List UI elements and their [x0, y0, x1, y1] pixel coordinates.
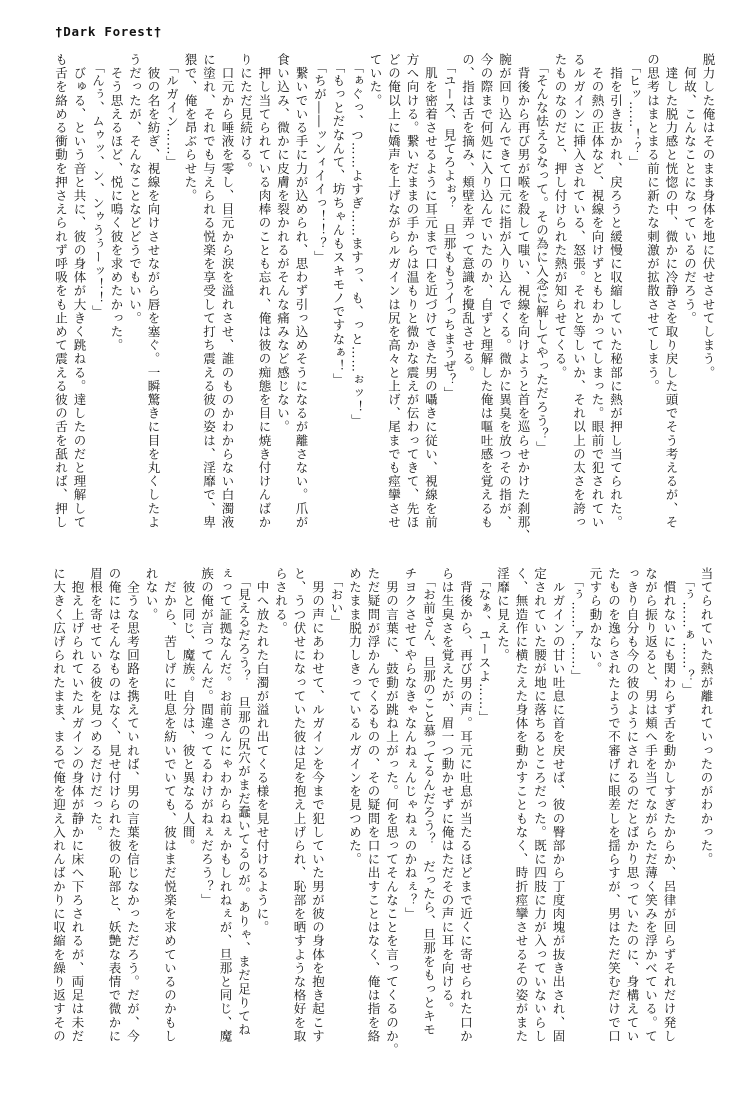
text-column: ルガインの甘い吐息に首を戻せば、彼の臀部から丁度肉塊が抜き出され、固 — [549, 567, 568, 1067]
text-column: れない。 — [142, 567, 161, 1067]
text-column: 抱え上げられていたルガインの身体が静かに床へ下ろされるが、両足は未だ — [68, 567, 87, 1067]
text-column: ただ疑問が浮かんでくるものの、その疑問を口に出すことはなく、俺は指を絡 — [364, 567, 383, 1067]
text-column: 脱力した俺はそのまま身体を地に伏せさせてしまう。 — [699, 53, 718, 553]
text-column: めたまま脱力しきっているルガインを見つめた。 — [345, 567, 364, 1067]
text-column: 何故、こんなことになっているのだろう。 — [680, 53, 699, 553]
text-column: 方へ向ける。繋いだままの手からは温もりと微かな震えが伝わってきて、先ほ — [403, 53, 422, 553]
text-column: 背後から再び男が喉を殺して嗤い、視線を向けようと首を巡らせかけた刹那、 — [514, 53, 533, 553]
text-column: たものなのだと、押し付けられた熱が知らせてくる。 — [551, 53, 570, 553]
text-column: 男の言葉に、鼓動が跳ね上がった。何を思ってそんなことを言ってくるのか。 — [382, 567, 401, 1067]
text-column: びゅる、という音と共に、彼の身体が大きく跳ねる。達したのだと理解して — [70, 53, 89, 553]
text-column: 「ヒッ……！？」 — [625, 53, 644, 553]
text-column: の思考はまとまる前に新たな刺激が拡散させてしまう。 — [643, 53, 662, 553]
text-column: ながら振り返ると、男は頬へ手を当てながらただ薄く笑みを浮かべている。て — [641, 567, 660, 1067]
text-column: りにただ見続ける。 — [236, 53, 255, 553]
text-column: 食い込み、微かに皮膚を裂かれるがそんな痛みなど感じない。 — [273, 53, 292, 553]
text-column: るルガインに挿入されている、怒張。それと等しいか、それ以上の太さを誇っ — [569, 53, 588, 553]
text-column: っきり自分も今の彼のようにされるのだとばかり思っていたのに、身構えてい — [623, 567, 642, 1067]
text-column: 眉根を寄せている彼を見つめるだけだった。 — [86, 567, 105, 1067]
text-column: その熱の正体など、視線を向けずともわかってしまった。眼前で犯されてい — [588, 53, 607, 553]
text-column: の、指は舌を摘み、頬壁を弄って意識を攪乱させる。 — [458, 53, 477, 553]
text-block-lower: 当てられていた熱が離れていったのがわかった。 「ぅ……ぁ……？」 慣れないにも関… — [49, 567, 715, 1067]
text-column: どの俺以上に嬌声を上げながらルガインは尻を高々と上げ、尾までも痙攣させ — [384, 53, 403, 553]
text-column: 「そんな怯えるなって。その為に入念に解してやっただろう？」 — [532, 53, 551, 553]
text-column: 背後から、再び男の声。耳元に吐息が当たるほどまで近くに寄せられた口か — [456, 567, 475, 1067]
text-column: らは生臭さを覚えたが、眉一つ動かせずに俺はただその声に耳を向ける。 — [438, 567, 457, 1067]
text-column: 「んぅ、ムゥッ、ン、ンゥうぅーッ！！」 — [88, 53, 107, 553]
text-column: 「ユース、見てろよぉ？ 旦那ももうイっちまうぜ？」 — [440, 53, 459, 553]
page-title: †Dark Forest† — [55, 24, 162, 40]
text-column: と、うつ伏せになっていた彼は足を抱え上げられ、恥部を晒すような格好を取 — [290, 567, 309, 1067]
text-column: 当てられていた熱が離れていったのがわかった。 — [697, 567, 716, 1067]
text-block-upper: 脱力した俺はそのまま身体を地に伏せさせてしまう。 何故、こんなことになっているの… — [51, 53, 717, 553]
text-column: 押し当てられている肉棒のことも忘れ、俺は彼の痴態を目に焼き付けんばか — [255, 53, 274, 553]
text-column: 「もっとだなんて、坊ちゃんもスキモノですなぁ！」 — [329, 53, 348, 553]
text-column: 全うな思考回路を携えていれば、男の言葉を信じなかっただろう。だが、今 — [123, 567, 142, 1067]
text-column: く、無造作に横たえた身体を動かすこともなく、時折痙攣させるその姿がまた — [512, 567, 531, 1067]
text-column: うだったが、そんなことなどどうでもいい。 — [125, 53, 144, 553]
text-column: 「お前さん、旦那のこと慕ってるんだろう？ だったら、旦那をもっとキモ — [419, 567, 438, 1067]
text-column: そう思えるほど、悦に鳴く彼を求めたかった。 — [107, 53, 126, 553]
text-column: 「ぁぐっ、つ……よすぎ……ますっ、も、っと……ぉッ！」 — [347, 53, 366, 553]
text-column: 腕が回り込んできて口元に指が入り込んでくる。微かに異臭を放つその指が、 — [495, 53, 514, 553]
text-column: 淫靡に見えた。 — [493, 567, 512, 1067]
text-column: たものを逸らされたようで不審げに眼差しを揺らすが、男はただ笑むだけで口 — [604, 567, 623, 1067]
text-column: 中へ放たれた白濁が溢れ出てくる様を見せ付けるように。 — [253, 567, 272, 1067]
text-column: 繋いでいる手に力が込められ、思わず引っ込めそうになるが離さない。爪が — [292, 53, 311, 553]
text-column: 男の声にあわせて、ルガインを今まで犯していた男が彼の身体を抱き起こす — [308, 567, 327, 1067]
text-column: チヨクさせてやらなきゃなんねぇんじゃねぇのかねぇ？」 — [401, 567, 420, 1067]
text-column: 「おい」 — [327, 567, 346, 1067]
text-column: 元すら動かない。 — [586, 567, 605, 1067]
text-column: 「ルガイン……」 — [162, 53, 181, 553]
text-column: だから、苦しげに吐息を紡いでいても、彼はまだ悦楽を求めているのかもし — [160, 567, 179, 1067]
text-column: も舌を絡める衝動を押さえられず呼吸をも止めて震える彼の舌を舐れば、押し — [51, 53, 70, 553]
text-column: 猥で、俺を昂ぶらせた。 — [181, 53, 200, 553]
text-column: ぇって証拠なんだ。お前さんにゃわからねぇかもしれねぇが、旦那と同じ、魔 — [216, 567, 235, 1067]
text-column: 達した脱力感と恍惚の中、微かに冷静さを取り戻した頭でそう考えるが、そ — [662, 53, 681, 553]
text-column: に大きく広げられたまま、まるで俺を迎え入れんばかりに収縮を繰り返すその — [49, 567, 68, 1067]
text-column: に塗れ、それでも与えられる悦楽を享受して打ち震える彼の姿は、淫靡で、卑 — [199, 53, 218, 553]
text-column: 「なぁ、ユースよ……」 — [475, 567, 494, 1067]
text-column: 定されていた腰が地に落ちるところだった。既に四肢に力が入っていないらし — [530, 567, 549, 1067]
text-column: 族の俺が言ってんだ。間違ってるわけがねぇだろう？」 — [197, 567, 216, 1067]
text-column: 彼と同じ、魔族。自分は、彼と異なる人間。 — [179, 567, 198, 1067]
text-column: 「ぅ……ァ……」 — [567, 567, 586, 1067]
text-column: 今の際まで何処に入り込んでいたのか、自ずと理解した俺は嘔吐感を覚えるも — [477, 53, 496, 553]
text-column: 「ぅ……ぁ……？」 — [678, 567, 697, 1067]
text-column: 指を引き抜かれ、戻ろうと緩慢に収縮していた秘部に熱が押し当てられた。 — [606, 53, 625, 553]
text-column: 「見えるだろう？ 旦那の尻穴がまだ蠢いてるのが。ありゃ、まだ足りてね — [234, 567, 253, 1067]
text-column: 「ちが――ッンィイイっ！！？」 — [310, 53, 329, 553]
text-column: 彼の名を紡ぎ、視線を向けさせながら唇を塞ぐ。一瞬驚きに目を丸くしたよ — [144, 53, 163, 553]
text-column: 肌を密着させるように耳元まで口を近づけてきた男の囁きに従い、視線を前 — [421, 53, 440, 553]
text-column: らされる。 — [271, 567, 290, 1067]
text-column: ていた。 — [366, 53, 385, 553]
text-column: 慣れないにも関わらず舌を動かしすぎたからか、呂律が回らずそれだけ発し — [660, 567, 679, 1067]
text-column: の俺にはそんなものはなく、見せ付けられた彼の恥部と、妖艶な表情で微かに — [105, 567, 124, 1067]
text-column: 口元から唾液を零し、目元から涙を溢れさせ、誰のものかわからない白濁液 — [218, 53, 237, 553]
